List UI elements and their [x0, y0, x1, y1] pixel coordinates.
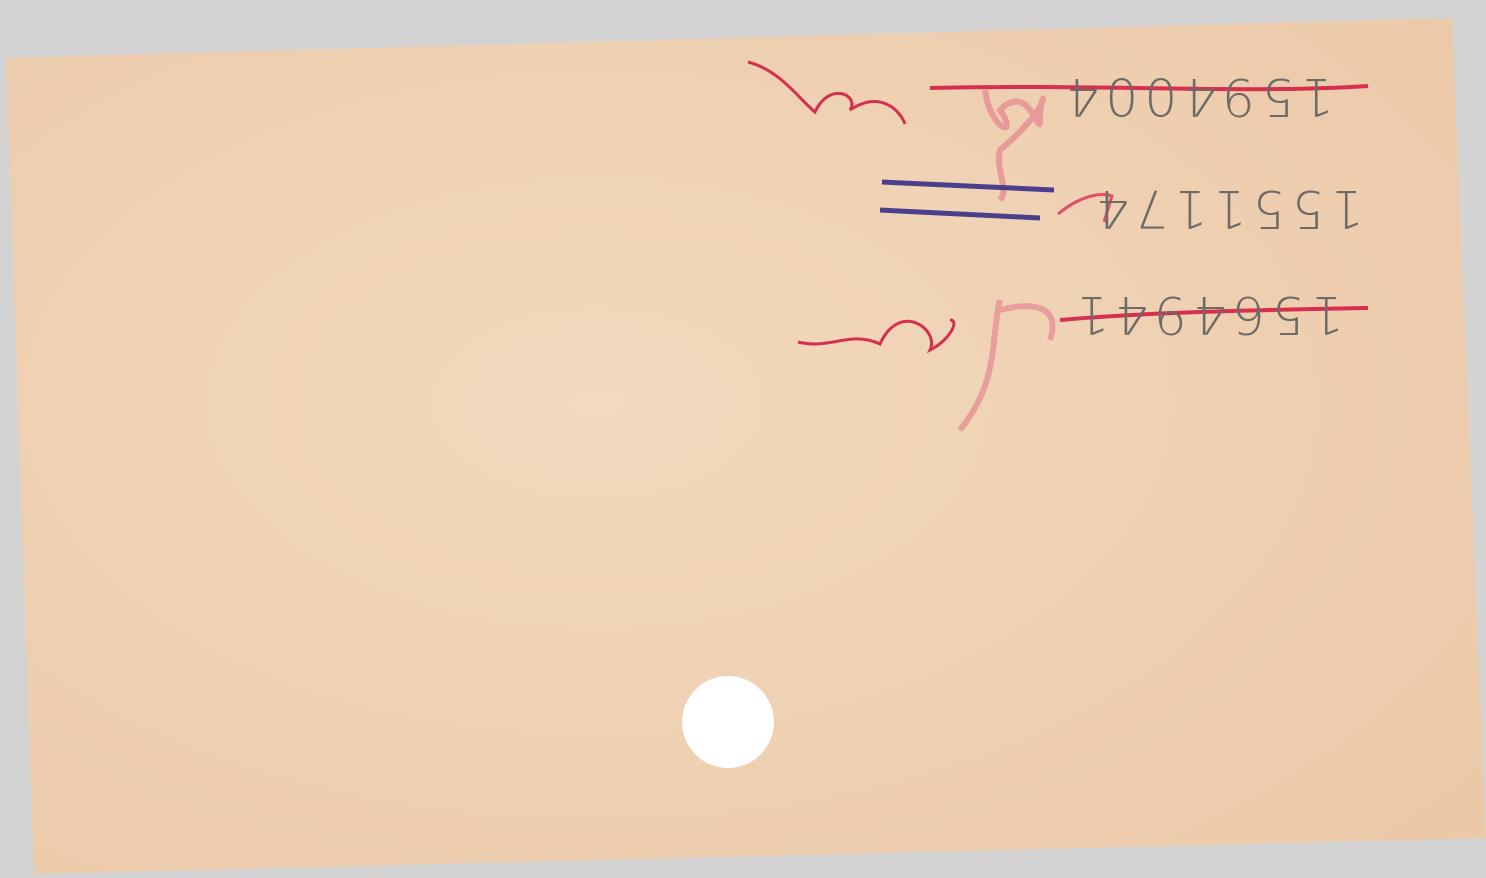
entry-1-number: 1594004: [1060, 66, 1334, 126]
entry-3-number: 1564941: [1070, 284, 1344, 344]
punch-hole: [682, 676, 774, 768]
entry-2-number: 1551174: [1090, 178, 1364, 238]
card-paper: [0, 0, 1486, 878]
index-card: 1594004 1551174 1564941: [0, 0, 1486, 878]
